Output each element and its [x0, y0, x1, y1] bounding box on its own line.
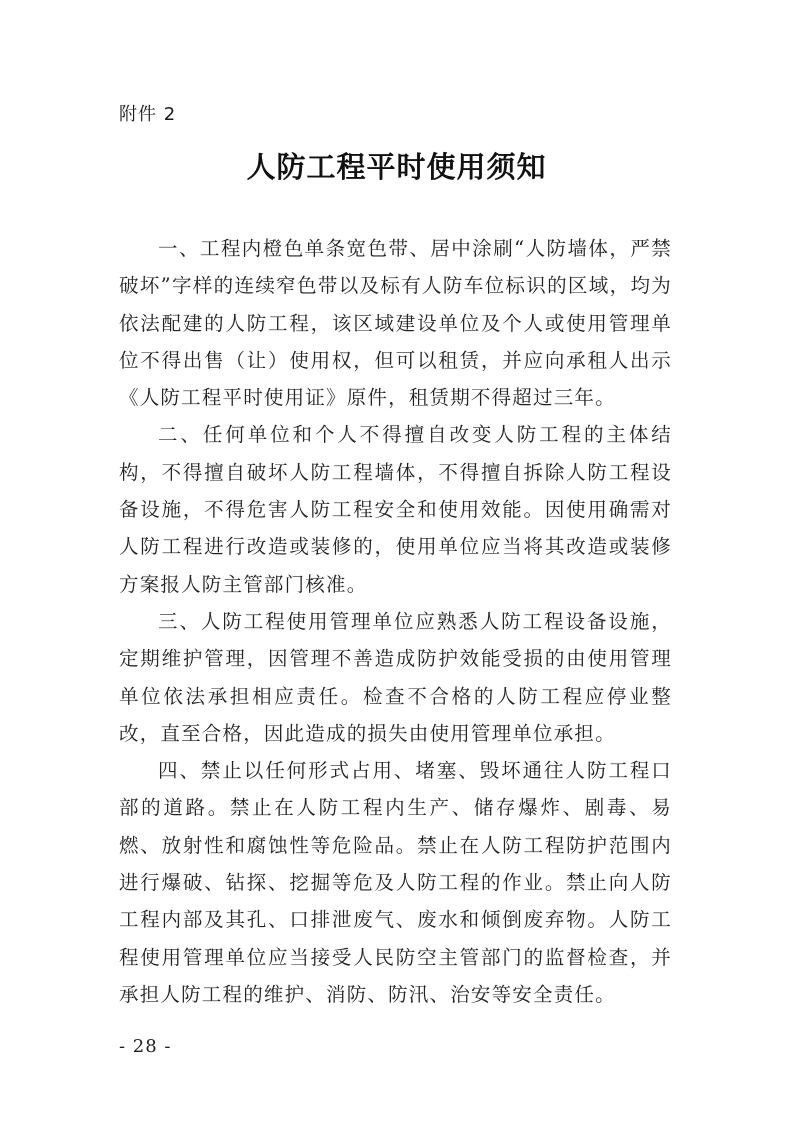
- attachment-label: 附件 2: [119, 103, 176, 127]
- paragraph-2: 二、任何单位和个人不得擅自改变人防工程的主体结构，不得擅自破坏人防工程墙体，不得…: [119, 416, 672, 602]
- paragraph-1: 一、工程内橙色单条宽色带、居中涂刷“人防墙体，严禁破坏”字样的连续窄色带以及标有…: [119, 230, 672, 416]
- page-number: - 28 -: [119, 1035, 172, 1059]
- document-title: 人防工程平时使用须知: [0, 147, 793, 187]
- paragraph-4: 四、禁止以任何形式占用、堵塞、毁坏通往人防工程口部的道路。禁止在人防工程内生产、…: [119, 752, 672, 1013]
- document-body: 一、工程内橙色单条宽色带、居中涂刷“人防墙体，严禁破坏”字样的连续窄色带以及标有…: [119, 230, 672, 1013]
- document-page: 附件 2 人防工程平时使用须知 一、工程内橙色单条宽色带、居中涂刷“人防墙体，严…: [0, 0, 793, 1122]
- paragraph-3: 三、人防工程使用管理单位应熟悉人防工程设备设施，定期维护管理，因管理不善造成防护…: [119, 603, 672, 752]
